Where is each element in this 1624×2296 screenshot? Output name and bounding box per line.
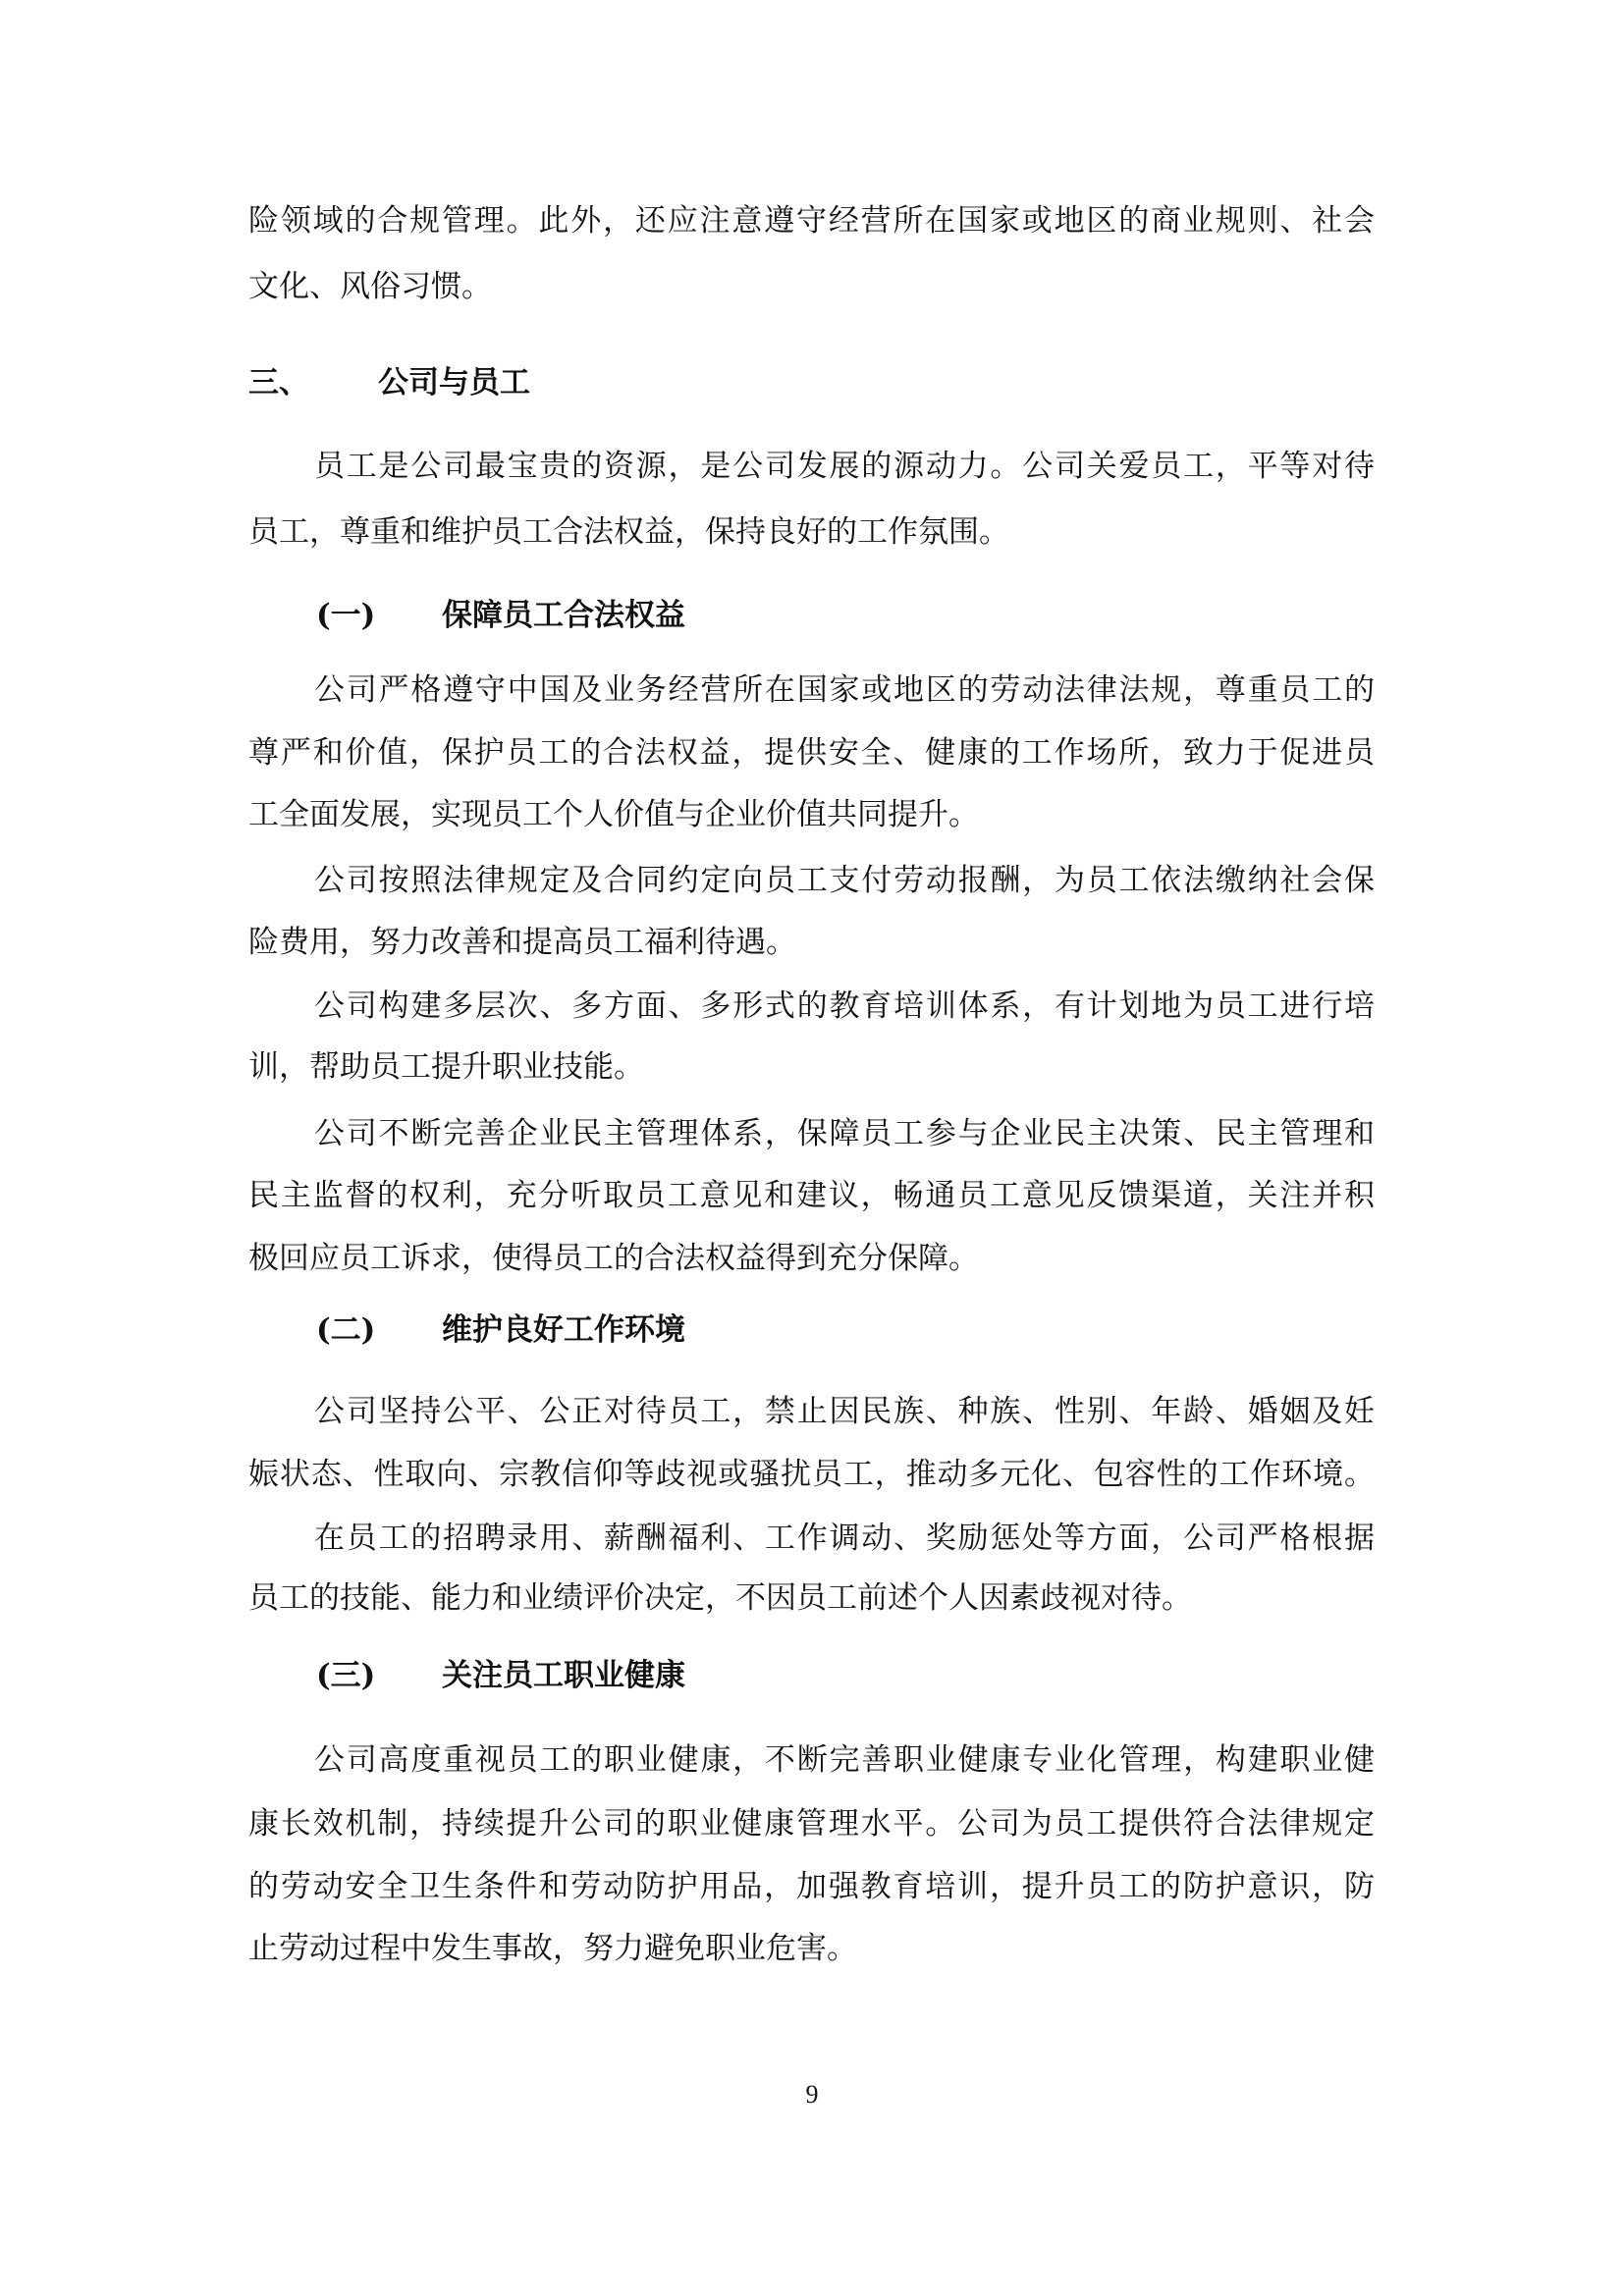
paragraph-line: 公司高度重视员工的职业健康，不断完善职业健康专业化管理，构建职业健 <box>314 1740 1375 1780</box>
paragraph-line: 员工的技能、能力和业绩评价决定，不因员工前述个人因素歧视对待。 <box>248 1578 1192 1618</box>
paragraph-line: 训，帮助员工提升职业技能。 <box>248 1047 644 1087</box>
page-number: 9 <box>800 2077 824 2112</box>
subsection-title: 保障员工合法权益 <box>442 596 685 635</box>
text-line: 文化、风俗习惯。 <box>248 267 492 306</box>
subsection-title: 关注员工职业健康 <box>442 1656 685 1695</box>
text-line: 险领域的合规管理。此外，还应注意遵守经营所在国家或地区的商业规则、社会 <box>248 201 1375 240</box>
section-title: 公司与员工 <box>378 363 530 402</box>
paragraph-line: 尊严和价值，保护员工的合法权益，提供安全、健康的工作场所，致力于促进员 <box>248 733 1375 773</box>
subsection-number: (一) <box>316 596 375 635</box>
paragraph-line: 员工，尊重和维护员工合法权益，保持良好的工作氛围。 <box>248 512 1009 552</box>
paragraph-line: 险费用，努力改善和提高员工福利待遇。 <box>248 923 796 962</box>
paragraph-line: 公司坚持公平、公正对待员工，禁止因民族、种族、性别、年龄、婚姻及妊 <box>314 1392 1375 1431</box>
paragraph-line: 的劳动安全卫生条件和劳动防护用品，加强教育培训，提升员工的防护意识，防 <box>248 1867 1375 1906</box>
paragraph-line: 娠状态、性取向、宗教信仰等歧视或骚扰员工，推动多元化、包容性的工作环境。 <box>248 1455 1375 1494</box>
paragraph-line: 员工是公司最宝贵的资源，是公司发展的源动力。公司关爱员工，平等对待 <box>314 447 1375 486</box>
paragraph-line: 公司按照法律规定及合同约定向员工支付劳动报酬，为员工依法缴纳社会保 <box>314 861 1375 900</box>
subsection-title: 维护良好工作环境 <box>442 1310 685 1350</box>
paragraph-line: 民主监督的权利，充分听取员工意见和建议，畅通员工意见反馈渠道，关注并积 <box>248 1176 1375 1215</box>
subsection-number: (三) <box>316 1656 375 1695</box>
section-number: 三、 <box>248 363 309 402</box>
document-page: 险领域的合规管理。此外，还应注意遵守经营所在国家或地区的商业规则、社会 文化、风… <box>0 0 1624 2296</box>
paragraph-line: 康长效机制，持续提升公司的职业健康管理水平。公司为员工提供符合法律规定 <box>248 1804 1375 1843</box>
subsection-number: (二) <box>316 1310 375 1350</box>
paragraph-line: 公司严格遵守中国及业务经营所在国家或地区的劳动法律法规，尊重员工的 <box>314 670 1375 710</box>
paragraph-line: 止劳动过程中发生事故，努力避免职业危害。 <box>248 1929 857 1968</box>
paragraph-line: 在员工的招聘录用、薪酬福利、工作调动、奖励惩处等方面，公司严格根据 <box>314 1519 1375 1558</box>
paragraph-line: 极回应员工诉求，使得员工的合法权益得到充分保障。 <box>248 1239 979 1278</box>
paragraph-line: 公司构建多层次、多方面、多形式的教育培训体系，有计划地为员工进行培 <box>314 987 1375 1026</box>
paragraph-line: 工全面发展，实现员工个人价值与企业价值共同提升。 <box>248 795 979 834</box>
paragraph-line: 公司不断完善企业民主管理体系，保障员工参与企业民主决策、民主管理和 <box>314 1114 1375 1153</box>
